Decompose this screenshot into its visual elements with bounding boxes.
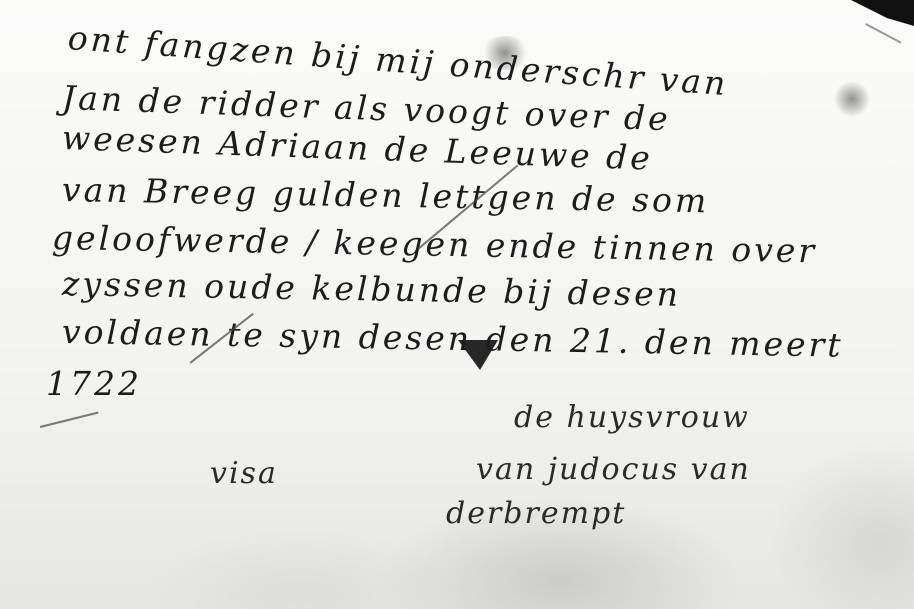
signature-line-2: van judocus van: [476, 452, 751, 487]
signature-line-1: de huysvrouw: [514, 400, 750, 435]
year-line: 1722: [46, 364, 142, 403]
ink-smudge: [832, 82, 872, 116]
visa-mark: visa: [210, 456, 278, 491]
signature-line-3: derbrempt: [446, 496, 626, 531]
